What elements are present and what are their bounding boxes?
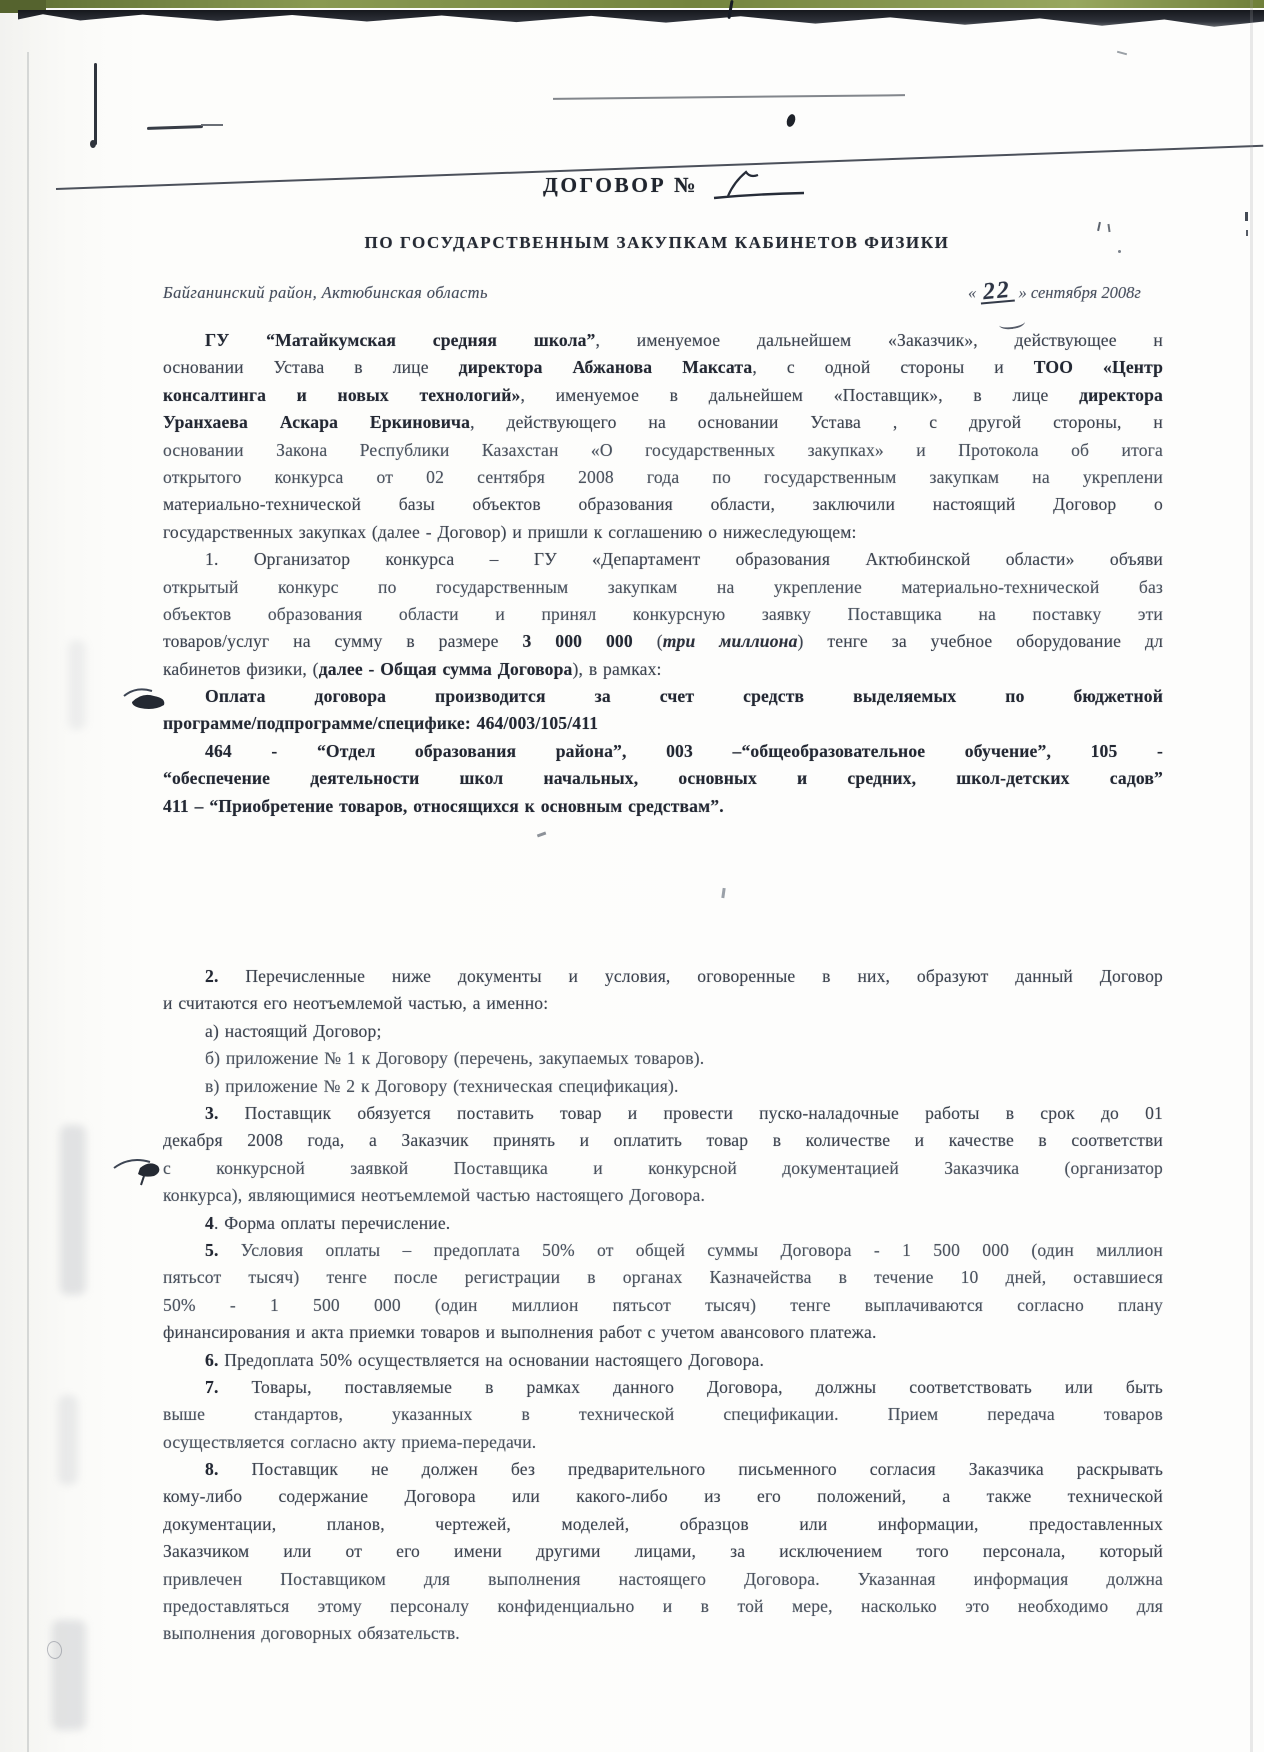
text-run: б) приложение № 1 к Договору (перечень, … <box>205 1048 704 1068</box>
document-line: 464 - “Отдел образования района”, 003 –“… <box>163 738 1163 765</box>
text-run: Заказчиком или от его имени другими лица… <box>163 1541 1163 1561</box>
text-run: 50% - 1 500 000 (один миллион пятьсот ты… <box>163 1295 1163 1315</box>
document-line: 50% - 1 500 000 (один миллион пятьсот ты… <box>163 1292 1163 1319</box>
scan-line-artifact <box>553 94 905 100</box>
document-body: ГУ “Матайкумская средняя школа”, именуем… <box>163 327 1163 1648</box>
text-run: кабинетов физики, ( <box>163 659 319 679</box>
text-run: ТОО «Центр <box>1034 357 1163 377</box>
text-run: далее - Общая сумма Договора <box>319 659 573 679</box>
document-line: открытого конкурса от 02 сентября 2008 г… <box>163 464 1163 491</box>
contract-subtitle: ПО ГОСУДАРСТВЕННЫМ ЗАКУПКАМ КАБИНЕТОВ ФИ… <box>25 233 1264 253</box>
scan-speck <box>1117 51 1127 56</box>
document-line: осуществляется согласно акту приема-пере… <box>163 1429 1163 1456</box>
text-run: Поставщик не должен без предварительного… <box>219 1459 1164 1479</box>
text-run: 7. <box>205 1377 219 1397</box>
text-run: . Форма оплаты перечисление. <box>214 1213 450 1233</box>
document-line: материально-технической базы объектов об… <box>163 491 1163 518</box>
text-run: программе/подпрограмме/специфике: 464/00… <box>163 713 598 733</box>
document-line: 4. Форма оплаты перечисление. <box>163 1210 1163 1237</box>
document-line: в) приложение № 2 к Договору (техническа… <box>163 1073 1163 1100</box>
pen-scribble <box>1107 224 1110 232</box>
text-run: 4 <box>205 1213 214 1233</box>
document-line: Уранхаева Аскара Еркиновича, действующег… <box>163 409 1163 436</box>
handwritten-day: 22 <box>979 280 1015 305</box>
document-line: ГУ “Матайкумская средняя школа”, именуем… <box>163 327 1163 354</box>
scan-smear <box>68 640 86 730</box>
text-run: материально-технической базы объектов об… <box>163 494 1163 514</box>
ink-dot-artifact <box>785 113 797 128</box>
text-run: 411 – “Приобретение товаров, относящихся… <box>163 796 724 816</box>
scan-dot-artifact <box>90 140 96 148</box>
paper-edge-line <box>1250 0 1253 1752</box>
text-run: , именуемое дальнейшем «Заказчик», дейст… <box>596 330 1163 350</box>
document-line: Оплата договора производится за счет сре… <box>163 683 1163 710</box>
handwritten-contract-number <box>706 168 811 202</box>
text-run: директора Абжанова Максата <box>459 357 753 377</box>
document-line: выполнения договорных обязательств. <box>163 1620 1163 1647</box>
text-run: объектов образования области и принял ко… <box>163 604 1163 624</box>
scan-smear <box>60 1125 86 1295</box>
date-close-quote: » <box>1019 283 1027 302</box>
document-line: 8. Поставщик не должен без предварительн… <box>163 1456 1163 1483</box>
document-line: а) настоящий Договор; <box>163 1018 1163 1045</box>
text-run: 8. <box>205 1459 219 1479</box>
text-run: открытого конкурса от 02 сентября 2008 г… <box>163 467 1163 487</box>
scan-smear <box>58 1395 78 1485</box>
paragraph-gap <box>163 820 1163 963</box>
text-run: основании Устава в лице <box>163 357 459 377</box>
text-run: 3. <box>205 1103 219 1123</box>
text-run: в) приложение № 2 к Договору (техническа… <box>205 1076 679 1096</box>
scanned-contract-page: ДОГОВОР № ПО ГОСУДАРСТВЕННЫМ ЗАКУПКАМ КА… <box>0 0 1264 1752</box>
document-line: 2. Перечисленные ниже документы и услови… <box>163 963 1163 990</box>
document-line: открытый конкурс по государственным заку… <box>163 574 1163 601</box>
document-line: выше стандартов, указанных в технической… <box>163 1401 1163 1428</box>
text-run: декабря 2008 года, а Заказчик принять и … <box>163 1130 1163 1150</box>
document-line: 5. Условия оплаты – предоплата 50% от об… <box>163 1237 1163 1264</box>
document-line: кабинетов физики, (далее - Общая сумма Д… <box>163 656 1163 683</box>
text-run: 464 - “Отдел образования района”, 003 –“… <box>205 741 1163 761</box>
text-run: основании Закона Республики Казахстан «О… <box>163 440 1163 460</box>
document-line: предоставляться этому персоналу конфиден… <box>163 1593 1163 1620</box>
text-run: 2. <box>205 966 219 986</box>
document-line: декабря 2008 года, а Заказчик принять и … <box>163 1127 1163 1154</box>
text-run: ( <box>633 631 663 651</box>
document-line: с конкурсной заявкой Поставщика и конкур… <box>163 1155 1163 1182</box>
text-run: 6. <box>205 1350 219 1370</box>
document-line: кому-либо содержание Договора или какого… <box>163 1483 1163 1510</box>
text-run: , действующего на основании Устава , с д… <box>470 412 1163 432</box>
text-run: а) настоящий Договор; <box>205 1021 381 1041</box>
edge-mark <box>1245 212 1248 221</box>
paper-fold-line <box>27 52 29 1752</box>
document-line: 3. Поставщик обязуется поставить товар и… <box>163 1100 1163 1127</box>
pen-scribble <box>1097 222 1101 231</box>
scan-dash-artifact <box>147 125 203 130</box>
text-run: предоставляться этому персоналу конфиден… <box>163 1596 1163 1616</box>
document-line: товаров/услуг на сумму в размере 3 000 0… <box>163 628 1163 655</box>
text-run: Уранхаева Аскара Еркиновича <box>163 412 470 432</box>
document-line: финансирования и акта приемки товаров и … <box>163 1319 1163 1346</box>
text-run: ) тенге за учебное оборудование дл <box>798 631 1163 651</box>
title-row: ДОГОВОР № <box>0 168 1264 202</box>
text-run: директора <box>1079 385 1163 405</box>
text-run: 3 000 000 <box>522 631 632 651</box>
text-run: конкурса), являющимися неотъемлемой част… <box>163 1185 705 1205</box>
text-run: товаров/услуг на сумму в размере <box>163 631 522 651</box>
text-run: 1. Организатор конкурса – ГУ «Департамен… <box>205 549 1163 569</box>
scan-smear <box>52 1620 86 1730</box>
document-line: привлечен Поставщиком для выполнения нас… <box>163 1566 1163 1593</box>
document-line: 411 – “Приобретение товаров, относящихся… <box>163 793 1163 820</box>
document-line: документации, планов, чертежей, моделей,… <box>163 1511 1163 1538</box>
document-line: консалтинга и новых технологий», именуем… <box>163 382 1163 409</box>
text-run: с конкурсной заявкой Поставщика и конкур… <box>163 1158 1163 1178</box>
text-run: Предоплата 50% осуществляется на основан… <box>219 1350 765 1370</box>
document-line: государственных закупках (далее - Догово… <box>163 519 1163 546</box>
text-run: выполнения договорных обязательств. <box>163 1623 460 1643</box>
text-run: пятьсот тысяч) тенге после регистрации в… <box>163 1267 1163 1287</box>
document-line: 1. Организатор конкурса – ГУ «Департамен… <box>163 546 1163 573</box>
document-line: программе/подпрограмме/специфике: 464/00… <box>163 710 1163 737</box>
contract-title: ДОГОВОР № <box>543 173 698 197</box>
text-run: , именуемое в дальнейшем «Поставщик», в … <box>520 385 1079 405</box>
text-run: выше стандартов, указанных в технической… <box>163 1404 1163 1424</box>
scan-dash-artifact <box>201 124 223 126</box>
document-line: б) приложение № 1 к Договору (перечень, … <box>163 1045 1163 1072</box>
document-line: “обеспечение деятельности школ начальных… <box>163 765 1163 792</box>
text-run: три миллиона <box>663 631 798 651</box>
handwritten-number-stroke <box>706 168 811 202</box>
scan-vertical-mark <box>94 63 97 145</box>
text-run: ГУ “Матайкумская средняя школа” <box>205 330 596 350</box>
text-run: ), в рамках: <box>573 659 662 679</box>
date-line: « 22 » сентября 2008г <box>968 281 1141 303</box>
document-line: 6. Предоплата 50% осуществляется на осно… <box>163 1347 1163 1374</box>
document-line: основании Закона Республики Казахстан «О… <box>163 437 1163 464</box>
text-run: привлечен Поставщиком для выполнения нас… <box>163 1569 1163 1589</box>
text-run: кому-либо содержание Договора или какого… <box>163 1486 1163 1506</box>
text-run: 5. <box>205 1240 219 1260</box>
text-run: Поставщик обязуется поставить товар и пр… <box>219 1103 1164 1123</box>
text-run: и считаются его неотъемлемой частью, а и… <box>163 993 548 1013</box>
place-line: Байганинский район, Актюбинская область <box>163 283 488 303</box>
text-run: документации, планов, чертежей, моделей,… <box>163 1514 1163 1534</box>
text-run: Условия оплаты – предоплата 50% от общей… <box>219 1240 1164 1260</box>
date-open-quote: « <box>968 283 976 302</box>
document-line: конкурса), являющимися неотъемлемой част… <box>163 1182 1163 1209</box>
scan-shadow-band <box>18 10 1264 31</box>
text-run: Оплата договора производится за счет сре… <box>205 686 1163 706</box>
text-run: Перечисленные ниже документы и условия, … <box>219 966 1164 986</box>
document-line: пятьсот тысяч) тенге после регистрации в… <box>163 1264 1163 1291</box>
text-run: открытый конкурс по государственным заку… <box>163 577 1163 597</box>
text-run: , с одной стороны и <box>752 357 1033 377</box>
text-run: консалтинга и новых технологий» <box>163 385 520 405</box>
text-run: государственных закупках (далее - Догово… <box>163 522 857 542</box>
text-run: Товары, поставляемые в рамках данного До… <box>219 1377 1164 1397</box>
text-run: “обеспечение деятельности школ начальных… <box>163 768 1163 788</box>
text-run: финансирования и акта приемки товаров и … <box>163 1322 877 1342</box>
document-line: и считаются его неотъемлемой частью, а и… <box>163 990 1163 1017</box>
text-run: осуществляется согласно акту приема-пере… <box>163 1432 536 1452</box>
document-line: 7. Товары, поставляемые в рамках данного… <box>163 1374 1163 1401</box>
document-line: объектов образования области и принял ко… <box>163 601 1163 628</box>
date-rest: сентября 2008г <box>1031 283 1141 302</box>
document-line: Заказчиком или от его имени другими лица… <box>163 1538 1163 1565</box>
document-line: основании Устава в лице директора Абжано… <box>163 354 1163 381</box>
scanner-edge-strip <box>0 0 1264 8</box>
